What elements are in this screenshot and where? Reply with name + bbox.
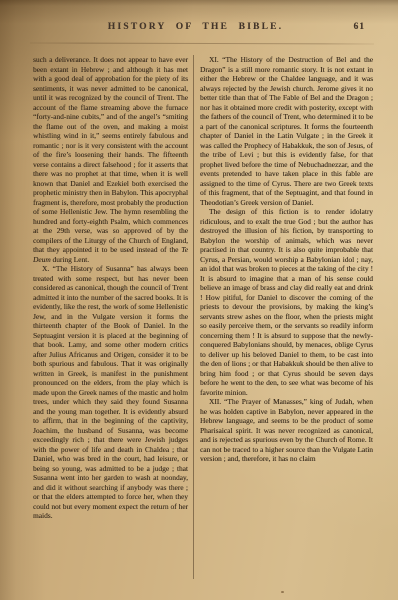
paragraph-continuation: such a deliverance. It does not appear t… xyxy=(33,55,188,264)
text-columns: such a deliverance. It does not appear t… xyxy=(33,55,373,589)
page-number: 61 xyxy=(354,22,366,32)
page-header: HISTORY OF THE BIBLE. 61 xyxy=(32,22,373,36)
header-rule xyxy=(30,43,374,45)
right-column: XI. “The History of the Destruction of B… xyxy=(194,55,373,589)
paragraph-section-x: X. “The History of Susanna” has always b… xyxy=(33,264,188,521)
paragraph-section-xi: XI. “The History of the Destruction of B… xyxy=(200,55,373,207)
running-title: HISTORY OF THE BIBLE. xyxy=(25,22,366,32)
ink-speck xyxy=(281,591,284,593)
paragraph-text: such a deliverance. It does not appear t… xyxy=(33,55,188,254)
paragraph-design: The design of this fiction is to render … xyxy=(200,207,373,397)
left-column: such a deliverance. It does not appear t… xyxy=(33,55,193,589)
paragraph-section-xii: XII. “The Prayer of Manasses,” king of J… xyxy=(200,397,373,464)
paragraph-text: during Lent. xyxy=(51,255,89,264)
